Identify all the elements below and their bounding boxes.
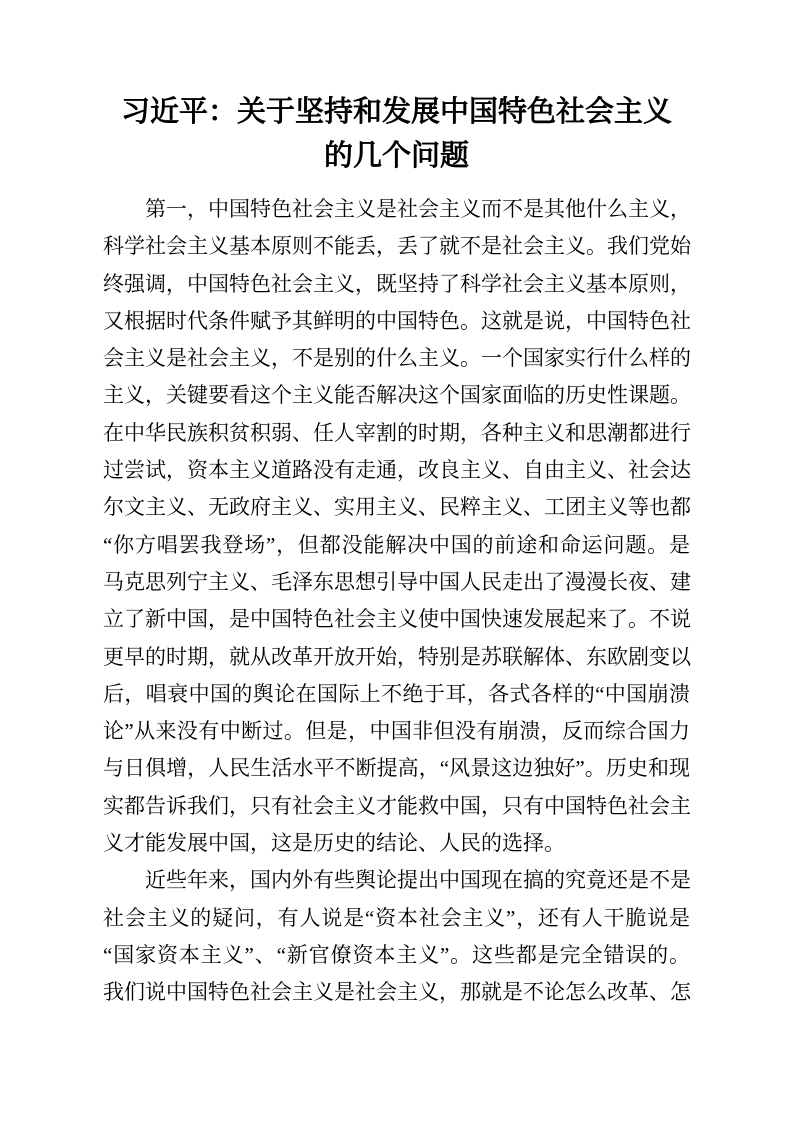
document-title: 习近平：关于坚持和发展中国特色社会主义 的几个问题	[0, 90, 793, 178]
text-line: 社会主义的疑问，有人说是“资本社会主义”，还有人干脆说是	[103, 900, 690, 937]
text-line: 我们说中国特色社会主义是社会主义，那就是不论怎么改革、怎	[103, 974, 690, 1011]
paragraph-2: 近些年来，国内外有些舆论提出中国现在搞的究竟还是不是 社会主义的疑问，有人说是“…	[103, 862, 690, 1011]
paragraph-1: 第一，中国特色社会主义是社会主义而不是其他什么主义， 科学社会主义基本原则不能丢…	[103, 191, 690, 862]
text-line: 论”从来没有中断过。但是，中国非但没有崩溃，反而综合国力	[103, 713, 690, 750]
title-line-2: 的几个问题	[0, 134, 793, 178]
text-line: 近些年来，国内外有些舆论提出中国现在搞的究竟还是不是	[103, 862, 690, 899]
text-line: “国家资本主义”、“新官僚资本主义”。这些都是完全错误的。	[103, 937, 690, 974]
text-line: 会主义是社会主义，不是别的什么主义。一个国家实行什么样的	[103, 340, 690, 377]
text-line: 第一，中国特色社会主义是社会主义而不是其他什么主义，	[103, 191, 690, 228]
text-line: 尔文主义、无政府主义、实用主义、民粹主义、工团主义等也都	[103, 489, 690, 526]
text-line: 又根据时代条件赋予其鲜明的中国特色。这就是说，中国特色社	[103, 303, 690, 340]
document-body: 第一，中国特色社会主义是社会主义而不是其他什么主义， 科学社会主义基本原则不能丢…	[103, 191, 690, 1012]
title-line-1: 习近平：关于坚持和发展中国特色社会主义	[0, 90, 793, 134]
text-line: “你方唱罢我登场”，但都没能解决中国的前途和命运问题。是	[103, 527, 690, 564]
text-line: 主义，关键要看这个主义能否解决这个国家面临的历史性课题。	[103, 377, 690, 414]
text-line: 过尝试，资本主义道路没有走通，改良主义、自由主义、社会达	[103, 452, 690, 489]
text-line: 实都告诉我们，只有社会主义才能救中国，只有中国特色社会主	[103, 788, 690, 825]
text-line: 后，唱衰中国的舆论在国际上不绝于耳，各式各样的“中国崩溃	[103, 676, 690, 713]
text-line: 科学社会主义基本原则不能丢，丢了就不是社会主义。我们党始	[103, 228, 690, 265]
text-line: 义才能发展中国，这是历史的结论、人民的选择。	[103, 825, 690, 862]
text-line: 在中华民族积贫积弱、任人宰割的时期，各种主义和思潮都进行	[103, 415, 690, 452]
text-line: 更早的时期，就从改革开放开始，特别是苏联解体、东欧剧变以	[103, 639, 690, 676]
text-line: 马克思列宁主义、毛泽东思想引导中国人民走出了漫漫长夜、建	[103, 564, 690, 601]
text-line: 与日俱增，人民生活水平不断提高，“风景这边独好”。历史和现	[103, 750, 690, 787]
text-line: 终强调，中国特色社会主义，既坚持了科学社会主义基本原则，	[103, 266, 690, 303]
document-page: 习近平：关于坚持和发展中国特色社会主义 的几个问题 第一，中国特色社会主义是社会…	[0, 0, 793, 1122]
text-line: 立了新中国，是中国特色社会主义使中国快速发展起来了。不说	[103, 601, 690, 638]
